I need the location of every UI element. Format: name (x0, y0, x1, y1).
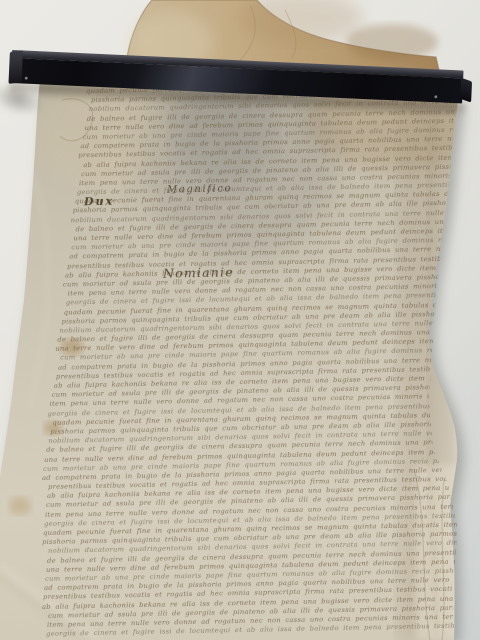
screw-hole-icon (434, 95, 437, 98)
bar-left-end-cap (8, 50, 23, 83)
photo-of-manuscript-on-wall: quadam pecunie fuerat fine in quarentana… (0, 0, 480, 640)
screw-hole-icon (25, 77, 28, 80)
bar-right-end-cap (460, 78, 472, 103)
